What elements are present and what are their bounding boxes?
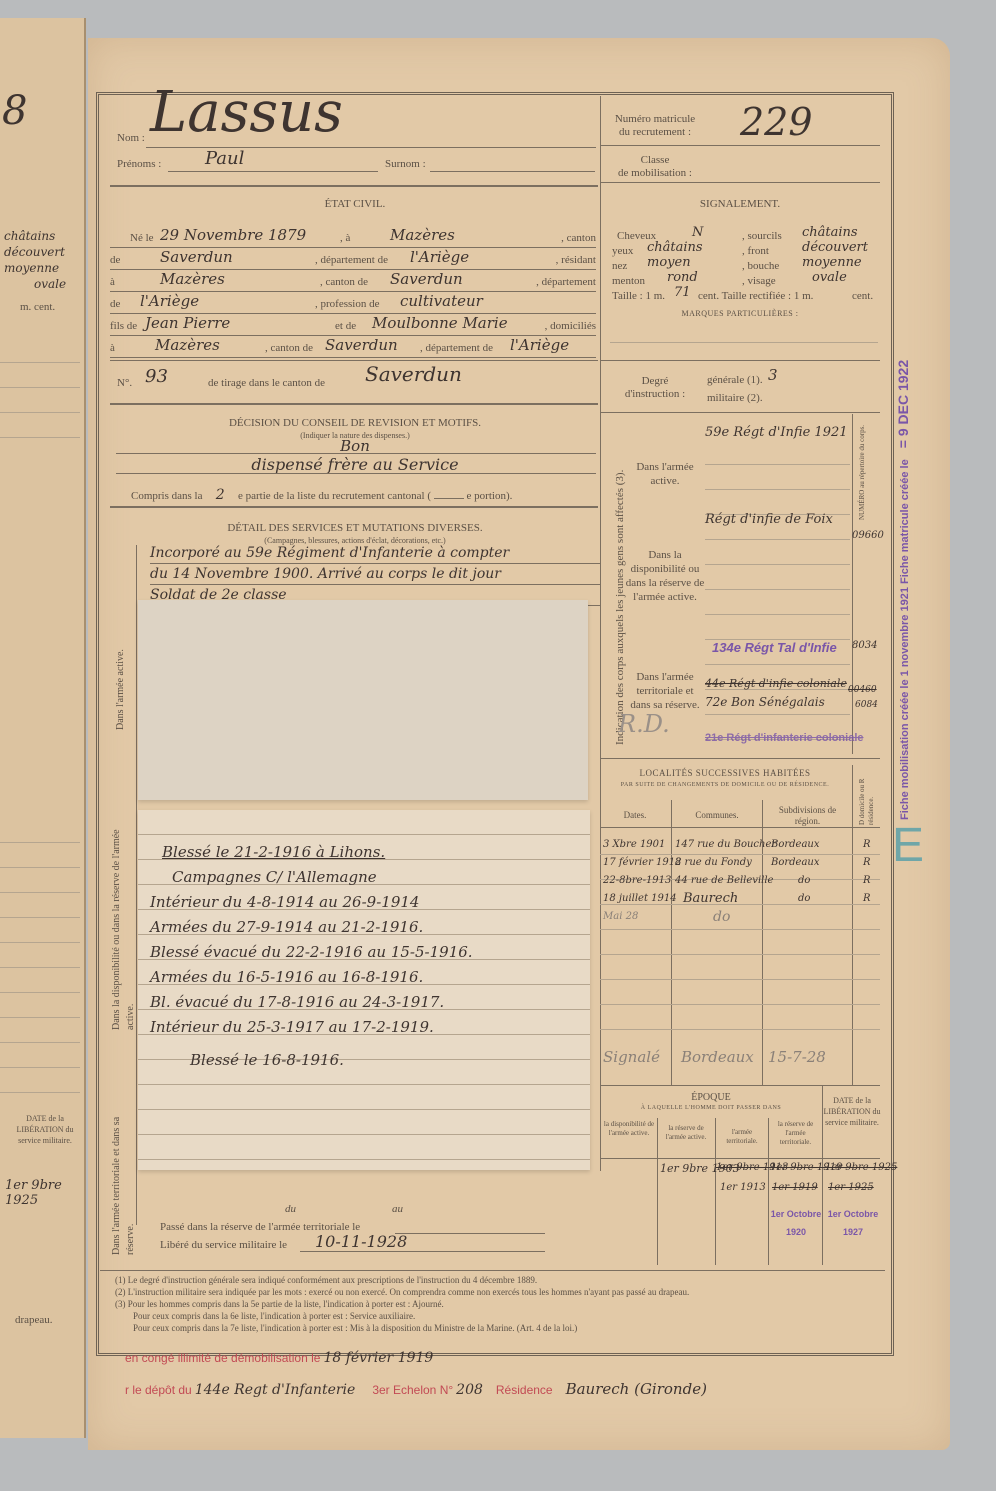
mother-name: Moulbonne Marie <box>372 314 508 332</box>
corps-territoriale-numero-1: 8034 <box>852 640 877 651</box>
left-page-cent: m. cent. <box>20 301 55 313</box>
pasted-slip-campaigns: Blessé le 21-2-1916 à Lihons. Campagnes … <box>138 810 590 1170</box>
matricule-divider <box>600 145 880 146</box>
prenoms-label: Prénoms : <box>117 158 161 170</box>
corps-territoriale-stamp: 134e Régt Tal d'Infie <box>712 640 837 655</box>
left-page-number: 8 <box>2 88 27 134</box>
localites-row: 18 juillet 1914 Baurech do R <box>603 890 883 908</box>
left-page-ruled <box>0 338 80 448</box>
epoque-reserve-territoriale-stamp: 1er Octobre 1920 <box>770 1205 822 1241</box>
conseil-rule-1 <box>116 453 596 454</box>
epoque-header-reserve-active: la réserve de l'armée active. <box>658 1124 714 1142</box>
matricule-label: Numéro matricule du recrutement : <box>605 113 705 139</box>
epoque-title: ÉPOQUE <box>600 1092 822 1103</box>
instruction-generale-value: 3 <box>768 366 778 384</box>
margin-note-rd: R.D. <box>618 710 670 738</box>
localites-header-rule <box>600 827 880 828</box>
instruction-divider <box>600 412 880 413</box>
left-page-footer: drapeau. <box>15 1314 53 1326</box>
nez-value: moyen <box>647 255 691 270</box>
taille-value: 71 <box>674 285 691 300</box>
corps-divider <box>600 758 880 759</box>
localites-rows: 3 Xbre 1901 147 rue du Boucher Bordeaux … <box>603 836 883 926</box>
epoque-liberation-value-2: 1er 1925 <box>828 1182 874 1193</box>
epoque-reserve-territoriale-value-2: 1er 1919 <box>772 1182 818 1193</box>
echelon-value: 208 <box>456 1382 483 1398</box>
epoque-header-rule <box>600 1158 880 1159</box>
left-page-date-value: 1er 9bre 1925 <box>5 1178 84 1208</box>
left-page-date-header: DATE de la LIBÉRATION du service militai… <box>10 1113 80 1146</box>
tirage-label: de tirage dans le canton de <box>208 377 325 389</box>
localites-title: LOCALITÉS SUCCESSIVES HABITÉES <box>600 768 850 778</box>
corps-territoriale-entry-2: 72e Bon Sénégalais <box>705 695 825 709</box>
yeux-value: châtains <box>647 240 703 255</box>
compris-label: Compris dans la 2 e partie de la liste d… <box>131 487 512 503</box>
marques-lines <box>610 318 878 358</box>
tirage-canton: Saverdun <box>365 362 462 386</box>
corps-territoriale-numero-3: 6084 <box>855 700 878 710</box>
visage-value: ovale <box>812 270 847 285</box>
epoque-header-territoriale: l'armée territoriale. <box>716 1128 768 1146</box>
localites-row: 17 février 1912 8 rue du Fondy Bordeaux … <box>603 854 883 872</box>
epoque-header-disponibilite: la disponibilité de l'armée active. <box>601 1120 657 1138</box>
numero-repertoire-label: NUMÉRO au répertoire du corps. <box>858 420 867 520</box>
liberation-block: du au Passé dans la réserve de l'armée t… <box>150 1200 590 1254</box>
footnotes-divider <box>100 1270 885 1271</box>
prenoms-line <box>168 171 378 172</box>
depot-stamp: r le dépôt du 144e Regt d'Infanterie 3er… <box>125 1380 845 1398</box>
corps-disponibilite-label: Dans la disponibilité ou dans la réserve… <box>625 548 705 604</box>
prenoms-value: Paul <box>205 148 244 169</box>
menton-value: rond <box>667 270 698 285</box>
front-value: découvert <box>802 240 868 255</box>
epoque-subtitle: À LAQUELLE L'HOMME DOIT PASSER DANS <box>600 1105 822 1111</box>
side-label-active: Dans l'armée active. <box>115 649 126 730</box>
conseil-rule-2 <box>116 473 596 474</box>
sourcils-value: châtains <box>802 225 858 240</box>
conseil-title: DÉCISION DU CONSEIL DE REVISION ET MOTIF… <box>110 417 600 429</box>
demobilisation-stamp: en congé illimité de démobilisation le 1… <box>125 1350 845 1366</box>
services-title: DÉTAIL DES SERVICES ET MUTATIONS DIVERSE… <box>110 522 600 534</box>
residence-commune: Mazères <box>160 270 225 288</box>
services-entries: Incorporé au 59e Régiment d'Infanterie à… <box>150 543 600 606</box>
classe-label: Classe de mobilisation : <box>605 154 705 180</box>
tirage-divider <box>110 403 598 405</box>
corps-active-entry: 59e Régt d'Infie 1921 <box>705 425 848 440</box>
birth-canton: Saverdun <box>160 248 233 266</box>
tirage-no-value: 93 <box>145 366 168 387</box>
conseil-line2: dispensé frère au Service <box>110 455 600 474</box>
father-name: Jean Pierre <box>145 314 230 332</box>
liberation-date: 10-11-1928 <box>315 1232 407 1251</box>
left-page-ruled-2 <box>0 818 80 1098</box>
cheveux-value: N <box>692 225 703 240</box>
residence-value: Baurech (Gironde) <box>566 1380 707 1398</box>
marques-label: MARQUES PARTICULIÈRES : <box>600 309 880 318</box>
etat-civil-divider <box>110 360 598 361</box>
fiche-stamp: Fiche mobilisation créée le 1 novembre 1… <box>895 360 911 820</box>
identity-divider <box>110 185 598 187</box>
etat-civil-block: Né le 29 Novembre 1879 , à Mazères , can… <box>110 226 596 358</box>
pasted-slip-blank <box>138 600 588 800</box>
bouche-value: moyenne <box>802 255 862 270</box>
conge-date: 18 février 1919 <box>323 1350 433 1366</box>
corps-territoriale-numero-2: 00460 <box>848 685 877 695</box>
localites-header-dr: D domicile ou R résidence. <box>858 755 876 825</box>
localites-header-dates: Dates. <box>600 810 670 820</box>
depot-value: 144e Regt d'Infanterie <box>195 1382 356 1398</box>
compris-value: 2 <box>205 487 235 503</box>
left-page-signalement: châtains découvert moyenne ovale <box>4 228 66 292</box>
signalement-block: Cheveux N , sourcils châtains yeux châta… <box>612 228 878 303</box>
birth-date: 29 Novembre 1879 <box>160 226 306 244</box>
localites-row: 22-8bre-1913 44 rue de Belleville do R <box>603 872 883 890</box>
corps-active-label: Dans l'armée active. <box>630 460 700 488</box>
instruction-generale-label: générale (1). <box>707 374 763 386</box>
etat-civil-title: ÉTAT CIVIL. <box>110 198 600 210</box>
matricule-value: 229 <box>740 100 813 144</box>
parents-canton: Saverdun <box>325 336 398 354</box>
classe-divider <box>600 182 880 183</box>
localites-subtitle: PAR SUITE DE CHANGEMENTS DE DOMICILE OU … <box>600 782 850 788</box>
nom-value: Lassus <box>150 80 343 145</box>
corps-disponibilite-entry: Régt d'infie de Foix <box>705 512 833 527</box>
birth-place: Mazères <box>390 226 455 244</box>
birth-departement: l'Ariège <box>410 248 469 266</box>
epoque-territoriale-value-2: 1er 1913 <box>720 1182 766 1193</box>
localites-header-subdivisions: Subdivisions de région. <box>770 805 845 827</box>
localites-row: Mai 28 do <box>603 908 883 926</box>
numero-column-divider <box>852 414 853 754</box>
corps-territoriale-entry-1: 44e Régt d'infie coloniale <box>705 677 847 690</box>
campaign-notes: Blessé le 21-2-1916 à Lihons. Campagnes … <box>150 840 580 1073</box>
epoque-header-reserve-territoriale: la réserve de l'armée territoriale. <box>769 1120 822 1147</box>
surnom-label: Surnom : <box>385 158 426 170</box>
side-label-disponibilite: Dans la disponibilité ou dans la réserve… <box>110 810 138 1030</box>
corps-territoriale-entry-3: 21e Régt d'infanterie coloniale <box>705 732 864 744</box>
surnom-line <box>430 171 595 172</box>
left-page-fragment: 8 châtains découvert moyenne ovale m. ce… <box>0 18 86 1438</box>
epoque-liberation-value: 1er 9bre 1925 <box>825 1162 897 1173</box>
residence-departement: l'Ariège <box>140 292 199 310</box>
localites-divider <box>600 1085 880 1086</box>
localites-header-communes: Communes. <box>672 810 762 820</box>
signalement-divider <box>600 360 880 361</box>
epoque-liberation-stamp: 1er Octobre 1927 <box>825 1205 881 1241</box>
residence-canton: Saverdun <box>390 270 463 288</box>
nom-label: Nom : <box>117 132 145 144</box>
tirage-no-label: N°. <box>117 377 132 389</box>
parents-departement: l'Ariège <box>510 336 569 354</box>
signalement-title: SIGNALEMENT. <box>600 198 880 210</box>
conseil-divider <box>110 506 598 508</box>
localites-row: 3 Xbre 1901 147 rue du Boucher Bordeaux … <box>603 836 883 854</box>
corps-territoriale-label: Dans l'armée territoriale et dans sa rés… <box>625 670 705 712</box>
footnotes: (1) Le degré d'instruction générale sera… <box>115 1274 885 1334</box>
margin-letter: E <box>892 818 924 873</box>
instruction-label: Degré d'instruction : <box>615 375 695 401</box>
instruction-militaire-label: militaire (2). <box>707 392 763 404</box>
epoque-header-liberation: DATE de la LIBÉRATION du service militai… <box>823 1095 881 1128</box>
parents-domicile: Mazères <box>155 336 220 354</box>
side-label-territoriale: Dans l'armée territoriale et dans sa rés… <box>110 1095 138 1255</box>
corps-disponibilite-numero: 09660 <box>852 530 884 541</box>
profession-value: cultivateur <box>400 292 483 310</box>
